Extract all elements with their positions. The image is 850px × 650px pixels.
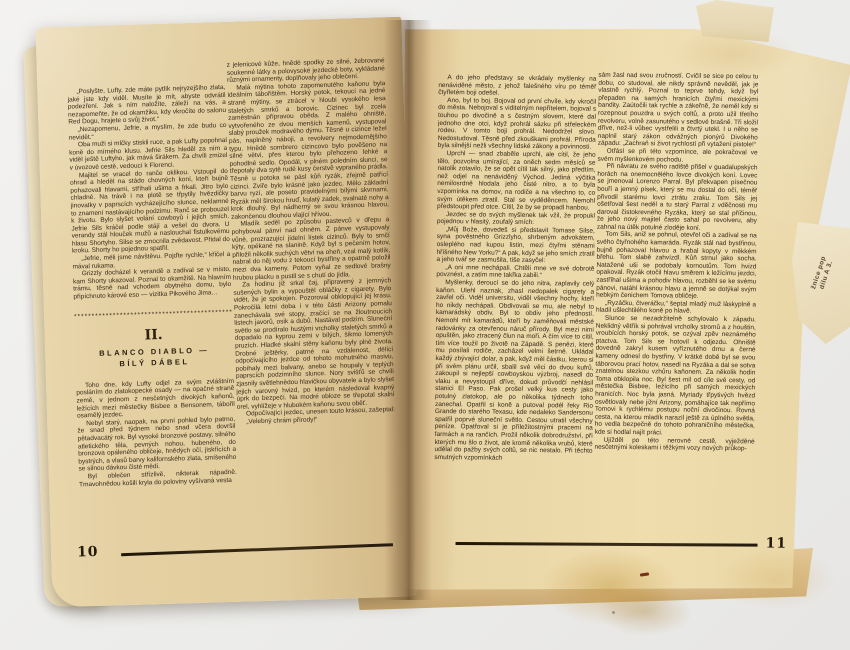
left-column-1: „Poslyšte, Lufty, zde máte pytlík nejryz… (67, 84, 239, 574)
right-page: A do jeho představy se vkrádaly myšlenky… (399, 24, 850, 595)
chapter-title-line1: BLANCO DIABLO — (99, 345, 209, 357)
section-divider-asterisks: ****************************************… (74, 308, 232, 320)
paragraph: „Ryzáčku, čtveráčku,“ šeptal mladý muž l… (596, 299, 756, 316)
page-number-left: 10 (77, 544, 99, 561)
left-column-2: z jelenicové kůže, hnědé spodky ze silné… (227, 57, 400, 567)
page-number-right: 11 (765, 535, 787, 551)
chapter-number: II. (75, 330, 233, 342)
paragraph: Ano, byl to boj. Bojoval od první chvíle… (438, 97, 597, 152)
paragraph: Mladík seděl po způsobu pastevců v dřepu… (231, 217, 391, 282)
chapter-title-line2: BÍLÝ DÁBEL (119, 357, 189, 368)
paragraph: Grizzly docházel k verandě a zadíval se … (73, 266, 232, 301)
paragraph: Ujížděl po této nerovné cestě, vyježděné… (595, 436, 755, 453)
paragraph: Myšlenky, deroucí se do jeho nitra, zapl… (434, 279, 594, 463)
paragraph: Uprchl — snad zbaběle uprchl, ale cítil,… (437, 150, 596, 212)
margin-tab-text: žnice pop dílu A 3. (806, 244, 839, 304)
paragraph: sám žasl nad svou zručností. Cvičil se s… (598, 72, 759, 150)
paragraph: Nebyl starý, naopak, na první pohled byl… (77, 416, 237, 474)
torn-page-corner (696, 0, 774, 42)
paragraph: „Poslyšte, Lufty, zde máte pytlík nejryz… (67, 84, 226, 127)
paragraph: A do jeho představy se vkrádaly myšlenky… (438, 74, 596, 98)
dust-speck (612, 611, 615, 614)
paragraph: Jezdec se do svých myšlenek tak vžil, že… (437, 211, 595, 228)
right-column-1: A do jeho představy se vkrádaly myšlenky… (434, 74, 597, 546)
paragraph: Slunce se nezadržitelně schylovalo k záp… (595, 315, 756, 438)
paragraph: Při návratu ze svého radiště přišel v gu… (597, 163, 758, 233)
left-page: „Poslyšte, Lufty, zde máte pytlík nejryz… (35, 17, 418, 608)
footer-rule-right (456, 542, 758, 547)
paragraph: Otřásl se při této vzpomínce, ale pokrač… (598, 148, 758, 165)
paragraph: Oba muži si mlčky stiskli ruce, a pak Lu… (69, 137, 228, 172)
paragraph: „A oni mne nechápali. Chtěli mne ve své … (436, 264, 594, 281)
paragraph: Tom Sils, aniž se pohnul, otevřel oči a … (596, 231, 757, 301)
paragraph: „Můj Bože, dovedeš si představit Tomase … (436, 226, 594, 266)
book-photo: „Poslyšte, Lufty, zde máte pytlík nejryz… (0, 0, 850, 650)
paragraph: Za hodinu již srkal čaj, připravený z je… (233, 277, 395, 411)
paragraph: Malá mýtina tohoto zapomenutého kaňonu b… (227, 80, 389, 221)
chapter-title: BLANCO DIABLO — BÍLÝ DÁBEL (75, 344, 234, 371)
right-column-2: sám žasl nad svou zručností. Cvičil se s… (594, 72, 759, 540)
paragraph: Majitel se vracel do ranče oklikou. Vsto… (70, 167, 230, 255)
paragraph: Toho dne, kdy Lufty odjel za svým zvlášt… (76, 378, 235, 421)
